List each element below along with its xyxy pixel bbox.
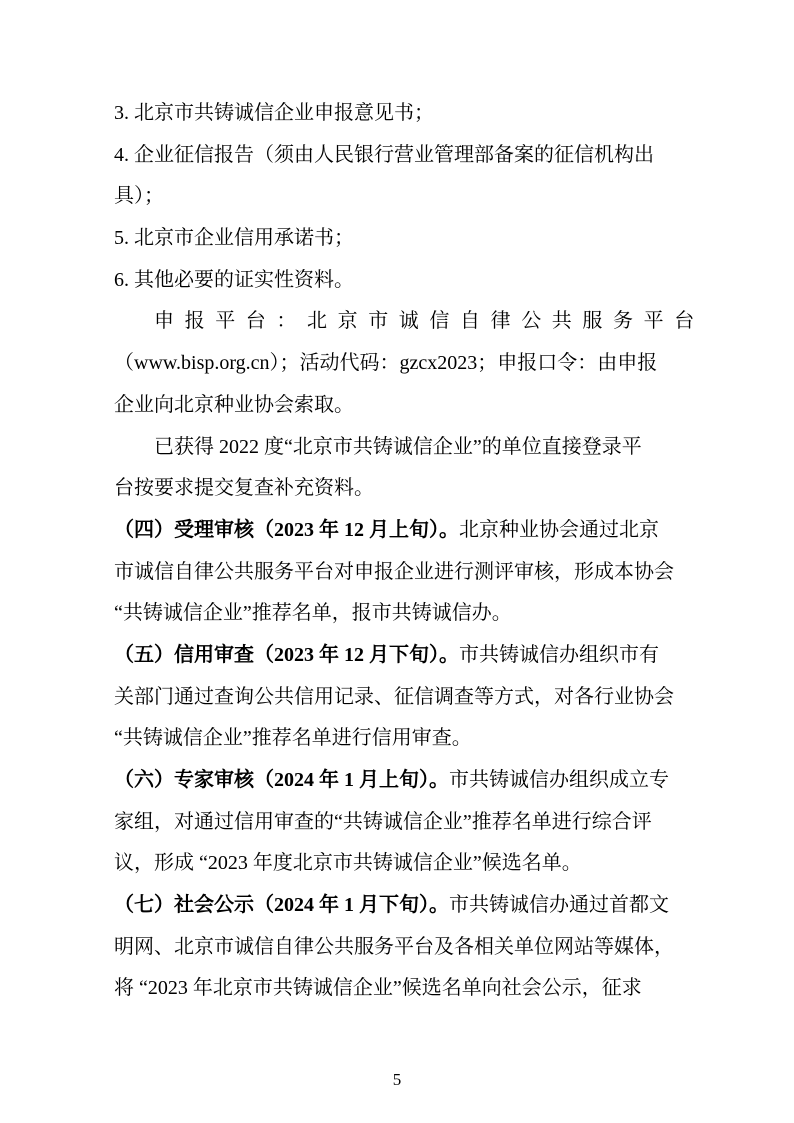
document-line: （七）社会公示（2024 年 1 月下旬）。市共铸诚信办通过首都文 bbox=[114, 885, 696, 927]
document-line: 明网、北京市诚信自律公共服务平台及各相关单位网站等媒体， bbox=[114, 927, 696, 969]
document-line: 议，形成 “2023 年度北京市共铸诚信企业”候选名单。 bbox=[114, 843, 696, 885]
heading-text: （五）信用审查（2023 年 12 月下旬）。 bbox=[114, 644, 459, 666]
document-line: “共铸诚信企业”推荐名单进行信用审查。 bbox=[114, 718, 696, 760]
body-text: “共铸诚信企业”推荐名单，报市共铸诚信办。 bbox=[114, 602, 512, 624]
body-text: 明网、北京市诚信自律公共服务平台及各相关单位网站等媒体， bbox=[114, 936, 674, 958]
document-line: 申报平台：北京市诚信自律公共服务平台 bbox=[114, 301, 696, 343]
body-text: 市共铸诚信办通过首都文 bbox=[449, 894, 669, 916]
heading-text: （六）专家审核（2024 年 1 月上旬）。 bbox=[114, 769, 449, 791]
document-line: 关部门通过查询公共信用记录、征信调查等方式，对各行业协会 bbox=[114, 677, 696, 719]
document-line: 市诚信自律公共服务平台对申报企业进行测评审核，形成本协会 bbox=[114, 552, 696, 594]
body-text: 具）； bbox=[114, 185, 164, 207]
document-line: 6. 其他必要的证实性资料。 bbox=[114, 260, 696, 302]
document-line: 台按要求提交复查补充资料。 bbox=[114, 468, 696, 510]
document-line: （www.bisp.org.cn）；活动代码：gzcx2023；申报口令：由申报 bbox=[114, 343, 696, 385]
body-text: 6. 其他必要的证实性资料。 bbox=[114, 269, 354, 291]
body-text: 3. 北京市共铸诚信企业申报意见书； bbox=[114, 102, 434, 124]
document-page: 3. 北京市共铸诚信企业申报意见书；4. 企业征信报告（须由人民银行营业管理部备… bbox=[0, 0, 794, 1123]
body-text: 市共铸诚信办组织市有 bbox=[459, 644, 659, 666]
body-text: 申报平台：北京市诚信自律公共服务平台 bbox=[154, 310, 705, 332]
heading-text: （四）受理审核（2023 年 12 月上旬）。 bbox=[114, 519, 459, 541]
body-text: 4. 企业征信报告（须由人民银行营业管理部备案的征信机构出 bbox=[114, 144, 654, 166]
document-line: 已获得 2022 度“北京市共铸诚信企业”的单位直接登录平 bbox=[114, 427, 696, 469]
body-text: 关部门通过查询公共信用记录、征信调查等方式，对各行业协会 bbox=[114, 686, 674, 708]
document-line: 3. 北京市共铸诚信企业申报意见书； bbox=[114, 93, 696, 135]
document-line: 具）； bbox=[114, 176, 696, 218]
body-text: 将 “2023 年北京市共铸诚信企业”候选名单向社会公示，征求 bbox=[114, 977, 642, 999]
body-text: 已获得 2022 度“北京市共铸诚信企业”的单位直接登录平 bbox=[154, 436, 642, 458]
document-line: 企业向北京种业协会索取。 bbox=[114, 385, 696, 427]
body-text: 议，形成 “2023 年度北京市共铸诚信企业”候选名单。 bbox=[114, 852, 582, 874]
body-text: 台按要求提交复查补充资料。 bbox=[114, 477, 374, 499]
document-body: 3. 北京市共铸诚信企业申报意见书；4. 企业征信报告（须由人民银行营业管理部备… bbox=[114, 93, 696, 1010]
document-line: 4. 企业征信报告（须由人民银行营业管理部备案的征信机构出 bbox=[114, 135, 696, 177]
page-number: 5 bbox=[0, 1070, 794, 1090]
body-text: （www.bisp.org.cn）；活动代码：gzcx2023；申报口令：由申报 bbox=[114, 352, 657, 374]
document-line: “共铸诚信企业”推荐名单，报市共铸诚信办。 bbox=[114, 593, 696, 635]
document-line: （六）专家审核（2024 年 1 月上旬）。市共铸诚信办组织成立专 bbox=[114, 760, 696, 802]
document-line: 5. 北京市企业信用承诺书； bbox=[114, 218, 696, 260]
body-text: 家组，对通过信用审查的“共铸诚信企业”推荐名单进行综合评 bbox=[114, 811, 652, 833]
body-text: 5. 北京市企业信用承诺书； bbox=[114, 227, 354, 249]
body-text: 企业向北京种业协会索取。 bbox=[114, 394, 354, 416]
body-text: 北京种业协会通过北京 bbox=[459, 519, 659, 541]
heading-text: （七）社会公示（2024 年 1 月下旬）。 bbox=[114, 894, 449, 916]
body-text: 市共铸诚信办组织成立专 bbox=[449, 769, 669, 791]
document-line: （五）信用审查（2023 年 12 月下旬）。市共铸诚信办组织市有 bbox=[114, 635, 696, 677]
document-line: 家组，对通过信用审查的“共铸诚信企业”推荐名单进行综合评 bbox=[114, 802, 696, 844]
document-line: （四）受理审核（2023 年 12 月上旬）。北京种业协会通过北京 bbox=[114, 510, 696, 552]
body-text: 市诚信自律公共服务平台对申报企业进行测评审核，形成本协会 bbox=[114, 561, 674, 583]
document-line: 将 “2023 年北京市共铸诚信企业”候选名单向社会公示，征求 bbox=[114, 968, 696, 1010]
body-text: “共铸诚信企业”推荐名单进行信用审查。 bbox=[114, 727, 472, 749]
